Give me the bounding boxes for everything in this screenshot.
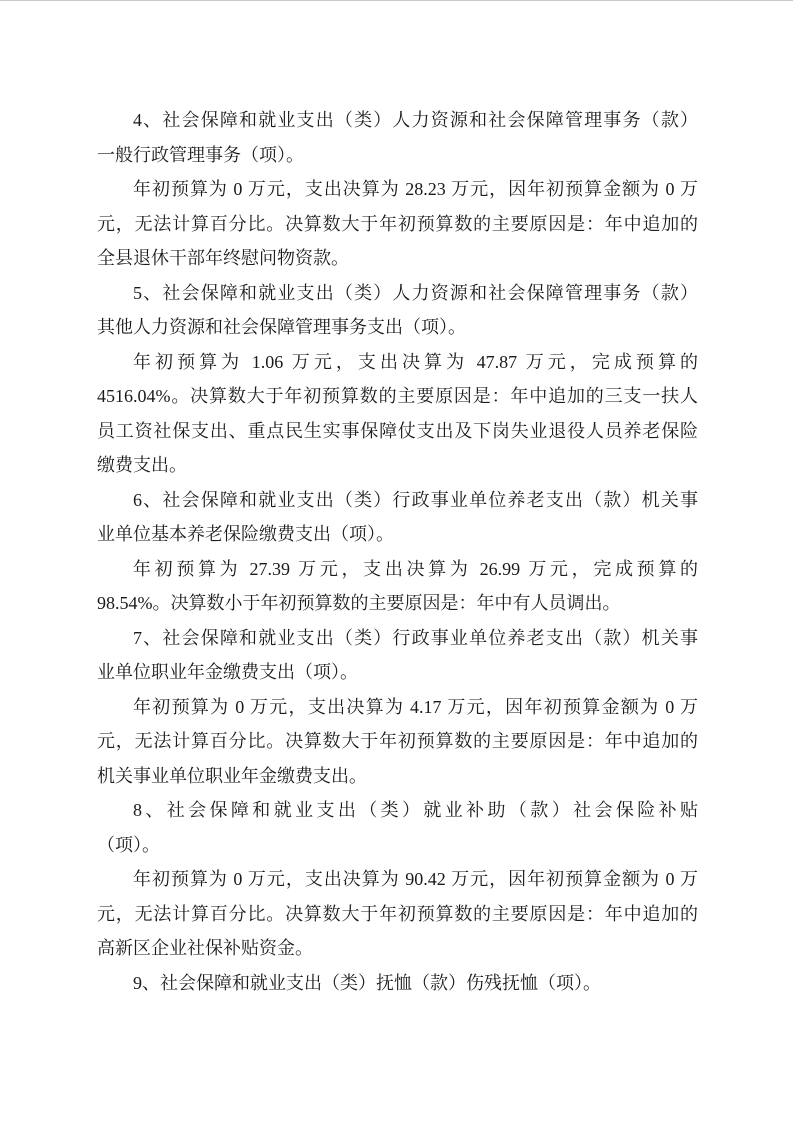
text-line: 员工资社保支出、重点民生实事保障仗支出及下岗失业退役人员养老保险 <box>97 414 698 449</box>
text-line: 8、社会保障和就业支出（类）就业补助（款）社会保险补贴 <box>97 793 698 828</box>
text-line: 全县退休干部年终慰问物资款。 <box>97 241 698 276</box>
paragraph-2: 年初预算为 0 万元，支出决算为 28.23 万元，因年初预算金额为 0 万元，… <box>97 172 698 276</box>
paragraph-5: 6、社会保障和就业支出（类）行政事业单位养老支出（款）机关事业单位基本养老保险缴… <box>97 483 698 552</box>
document-page: 4、社会保障和就业支出（类）人力资源和社会保障管理事务（款）一般行政管理事务（项… <box>0 0 793 1122</box>
text-line: 年初预算为 0 万元，支出决算为 90.42 万元，因年初预算金额为 0 万 <box>97 862 698 897</box>
text-line: 4、社会保障和就业支出（类）人力资源和社会保障管理事务（款） <box>97 103 698 138</box>
text-line: （项）。 <box>97 828 698 863</box>
text-line: 元，无法计算百分比。决算数大于年初预算数的主要原因是：年中追加的 <box>97 897 698 932</box>
text-line: 9、社会保障和就业支出（类）抚恤（款）伤残抚恤（项）。 <box>97 966 698 1001</box>
text-line: 机关事业单位职业年金缴费支出。 <box>97 759 698 794</box>
text-line: 98.54%。决算数小于年初预算数的主要原因是：年中有人员调出。 <box>97 586 698 621</box>
paragraph-11: 9、社会保障和就业支出（类）抚恤（款）伤残抚恤（项）。 <box>97 966 698 1001</box>
text-line: 业单位职业年金缴费支出（项）。 <box>97 655 698 690</box>
text-line: 年初预算为 27.39 万元，支出决算为 26.99 万元，完成预算的 <box>97 552 698 587</box>
paragraph-8: 年初预算为 0 万元，支出决算为 4.17 万元，因年初预算金额为 0 万元，无… <box>97 690 698 794</box>
text-line: 4516.04%。决算数大于年初预算数的主要原因是：年中追加的三支一扶人 <box>97 379 698 414</box>
text-line: 缴费支出。 <box>97 448 698 483</box>
paragraph-1: 4、社会保障和就业支出（类）人力资源和社会保障管理事务（款）一般行政管理事务（项… <box>97 103 698 172</box>
text-line: 业单位基本养老保险缴费支出（项）。 <box>97 517 698 552</box>
paragraph-4: 年初预算为 1.06 万元，支出决算为 47.87 万元，完成预算的4516.0… <box>97 345 698 483</box>
text-line: 一般行政管理事务（项）。 <box>97 138 698 173</box>
text-line: 年初预算为 0 万元，支出决算为 28.23 万元，因年初预算金额为 0 万 <box>97 172 698 207</box>
paragraph-7: 7、社会保障和就业支出（类）行政事业单位养老支出（款）机关事业单位职业年金缴费支… <box>97 621 698 690</box>
paragraph-6: 年初预算为 27.39 万元，支出决算为 26.99 万元，完成预算的98.54… <box>97 552 698 621</box>
text-line: 元，无法计算百分比。决算数大于年初预算数的主要原因是：年中追加的 <box>97 207 698 242</box>
text-line: 5、社会保障和就业支出（类）人力资源和社会保障管理事务（款） <box>97 276 698 311</box>
paragraph-10: 年初预算为 0 万元，支出决算为 90.42 万元，因年初预算金额为 0 万元，… <box>97 862 698 966</box>
text-line: 元，无法计算百分比。决算数大于年初预算数的主要原因是：年中追加的 <box>97 724 698 759</box>
text-line: 年初预算为 1.06 万元，支出决算为 47.87 万元，完成预算的 <box>97 345 698 380</box>
text-line: 年初预算为 0 万元，支出决算为 4.17 万元，因年初预算金额为 0 万 <box>97 690 698 725</box>
document-body: 4、社会保障和就业支出（类）人力资源和社会保障管理事务（款）一般行政管理事务（项… <box>97 103 698 1000</box>
text-line: 高新区企业社保补贴资金。 <box>97 931 698 966</box>
paragraph-9: 8、社会保障和就业支出（类）就业补助（款）社会保险补贴（项）。 <box>97 793 698 862</box>
text-line: 其他人力资源和社会保障管理事务支出（项）。 <box>97 310 698 345</box>
text-line: 7、社会保障和就业支出（类）行政事业单位养老支出（款）机关事 <box>97 621 698 656</box>
text-line: 6、社会保障和就业支出（类）行政事业单位养老支出（款）机关事 <box>97 483 698 518</box>
paragraph-3: 5、社会保障和就业支出（类）人力资源和社会保障管理事务（款）其他人力资源和社会保… <box>97 276 698 345</box>
